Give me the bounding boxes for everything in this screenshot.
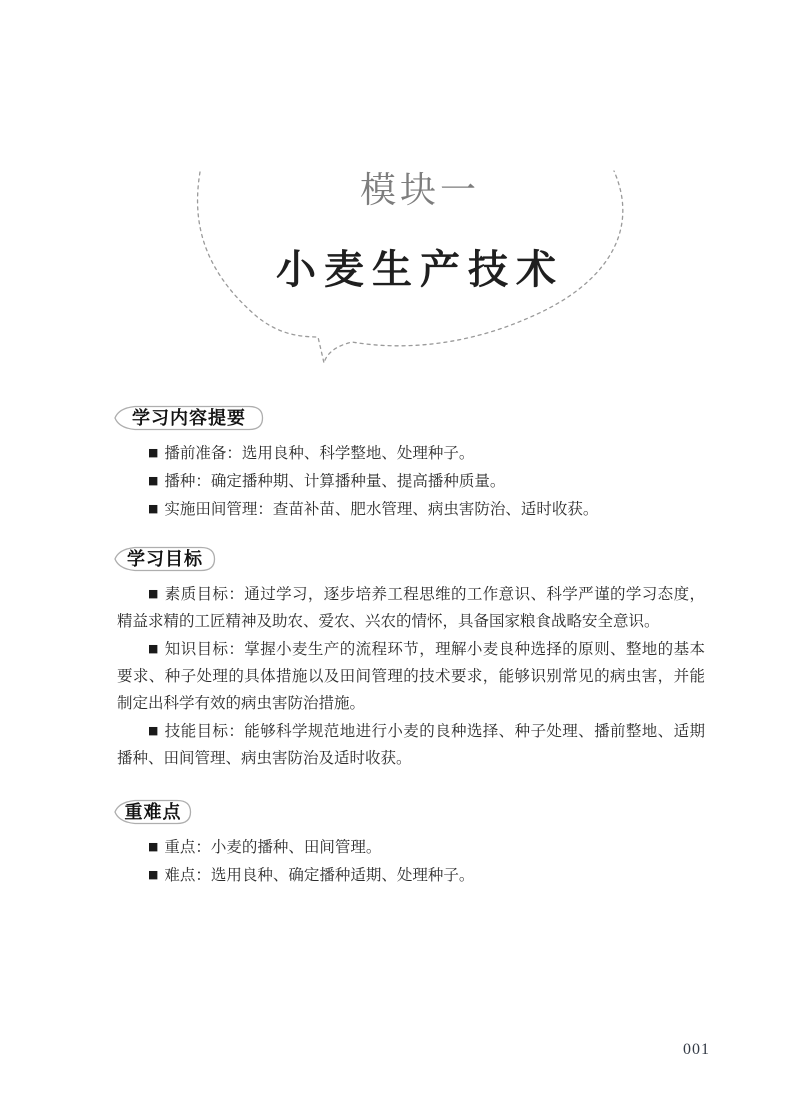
- list-item: ■播前准备：选用良种、科学整地、处理种子。: [117, 439, 705, 467]
- module-heading: 模块一 小麦生产技术: [190, 150, 650, 295]
- bullet-square-icon: ■: [148, 642, 159, 655]
- section-header-learning-content-summary: 学习内容提要: [113, 404, 265, 432]
- section-title: 重难点: [113, 798, 193, 826]
- book-page: 模块一 小麦生产技术 学习内容提要 ■播前准备：选用良种、科学整地、处理种子。 …: [0, 0, 799, 1114]
- module-number: 模块一: [190, 162, 650, 213]
- list-item: ■重点：小麦的播种、田间管理。: [117, 833, 705, 861]
- bullet-square-icon: ■: [148, 587, 159, 600]
- bullet-square-icon: ■: [148, 474, 158, 487]
- paragraph-text: 技能目标：能够科学规范地进行小麦的良种选择、种子处理、播前整地、适期播种、田间管…: [117, 723, 705, 767]
- section-title: 学习内容提要: [113, 404, 265, 432]
- bullet-square-icon: ■: [148, 502, 158, 515]
- list-item: ■难点：选用良种、确定播种适期、处理种子。: [117, 861, 705, 889]
- module-title: 小麦生产技术: [190, 238, 650, 295]
- content-summary-list: ■播前准备：选用良种、科学整地、处理种子。 ■播种：确定播种期、计算播种量、提高…: [117, 439, 705, 523]
- list-item-text: 实施田间管理：查苗补苗、肥水管理、病虫害防治、适时收获。: [164, 501, 598, 518]
- bullet-square-icon: ■: [148, 868, 158, 881]
- list-item-text: 难点：选用良种、确定播种适期、处理种子。: [164, 867, 474, 884]
- section-header-key-difficult-points: 重难点: [113, 798, 193, 826]
- list-item-text: 播种：确定播种期、计算播种量、提高播种质量。: [164, 473, 505, 490]
- section-title: 学习目标: [113, 545, 217, 573]
- paragraph-text: 知识目标：掌握小麦生产的流程环节，理解小麦良种选择的原则、整地的基本要求、种子处…: [117, 641, 705, 712]
- objective-paragraph: ■知识目标：掌握小麦生产的流程环节，理解小麦良种选择的原则、整地的基本要求、种子…: [117, 635, 705, 717]
- objective-paragraph: ■素质目标：通过学习，逐步培养工程思维的工作意识、科学严谨的学习态度，精益求精的…: [117, 580, 705, 635]
- bullet-square-icon: ■: [148, 446, 158, 459]
- bullet-square-icon: ■: [148, 724, 159, 737]
- key-points-list: ■重点：小麦的播种、田间管理。 ■难点：选用良种、确定播种适期、处理种子。: [117, 833, 705, 889]
- list-item-text: 播前准备：选用良种、科学整地、处理种子。: [164, 445, 474, 462]
- objectives-paragraphs: ■素质目标：通过学习，逐步培养工程思维的工作意识、科学严谨的学习态度，精益求精的…: [117, 580, 705, 772]
- paragraph-text: 素质目标：通过学习，逐步培养工程思维的工作意识、科学严谨的学习态度，精益求精的工…: [117, 586, 705, 630]
- page-number: 001: [683, 1041, 710, 1059]
- objective-paragraph: ■技能目标：能够科学规范地进行小麦的良种选择、种子处理、播前整地、适期播种、田间…: [117, 717, 705, 772]
- bullet-square-icon: ■: [148, 840, 158, 853]
- list-item: ■播种：确定播种期、计算播种量、提高播种质量。: [117, 467, 705, 495]
- section-header-learning-objectives: 学习目标: [113, 545, 217, 573]
- list-item: ■实施田间管理：查苗补苗、肥水管理、病虫害防治、适时收获。: [117, 495, 705, 523]
- list-item-text: 重点：小麦的播种、田间管理。: [164, 839, 381, 856]
- page-content: 学习内容提要 ■播前准备：选用良种、科学整地、处理种子。 ■播种：确定播种期、计…: [117, 404, 705, 889]
